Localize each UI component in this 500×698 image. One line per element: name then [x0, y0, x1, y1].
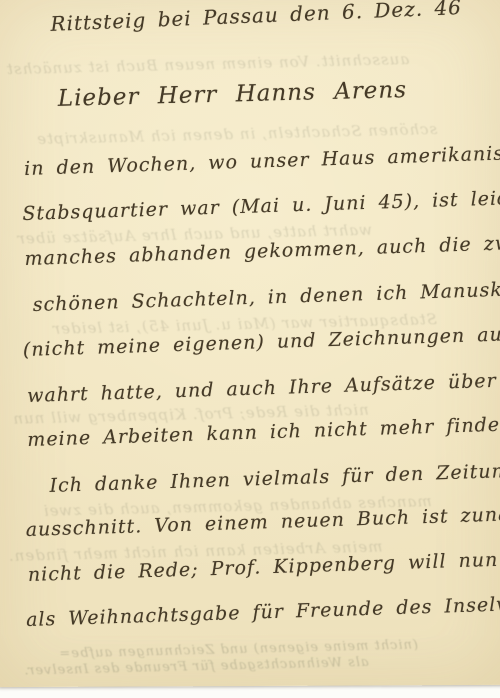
letter-page: ausschnitt. Von einem neuen Buch ist zun… — [0, 0, 500, 687]
letter-line: manches abhanden gekommen, auch die zwei — [24, 232, 500, 270]
letter-line: in den Wochen, wo unser Haus amerikanisc… — [24, 141, 500, 180]
letter-line: wahrt hatte, und auch Ihre Aufsätze über — [27, 370, 497, 407]
letter-line: nicht die Rede; Prof. Kippenberg will nu… — [28, 549, 499, 586]
letter-line: meine Arbeiten kann ich nicht mehr finde… — [27, 413, 500, 451]
letter-scan: ausschnitt. Von einem neuen Buch ist zun… — [0, 0, 500, 698]
letter-line: als Weihnachtsgabe für Freunde des Insel… — [26, 593, 500, 631]
dateline: Rittsteig bei Passau den 6. Dez. 46 — [50, 0, 462, 36]
letter-line: schönen Schachteln, in denen ich Manuskr… — [32, 277, 500, 316]
letter-line: ausschnitt. Von einem neuen Buch ist zun… — [25, 502, 500, 541]
letter-line: Stabsquartier war (Mai u. Juni 45), ist … — [22, 187, 500, 225]
letter-line: Ich danke Ihnen vielmals für den Zeitung… — [49, 459, 500, 497]
show-through-text: ausschnitt. Von einem neuen Buch ist zun… — [6, 50, 410, 78]
letter-line: (nicht meine eigenen) und Zeichnungen au… — [23, 322, 500, 361]
salutation: Lieber Herr Hanns Arens — [58, 77, 408, 112]
show-through-text: (nicht meine eigenen) und Zeichnungen au… — [58, 638, 418, 662]
show-through-text: als Weihnachtsgabe für Freunde des Insel… — [23, 655, 369, 679]
show-through-text: schönen Schachteln, in denen ich Manuskr… — [36, 120, 438, 148]
